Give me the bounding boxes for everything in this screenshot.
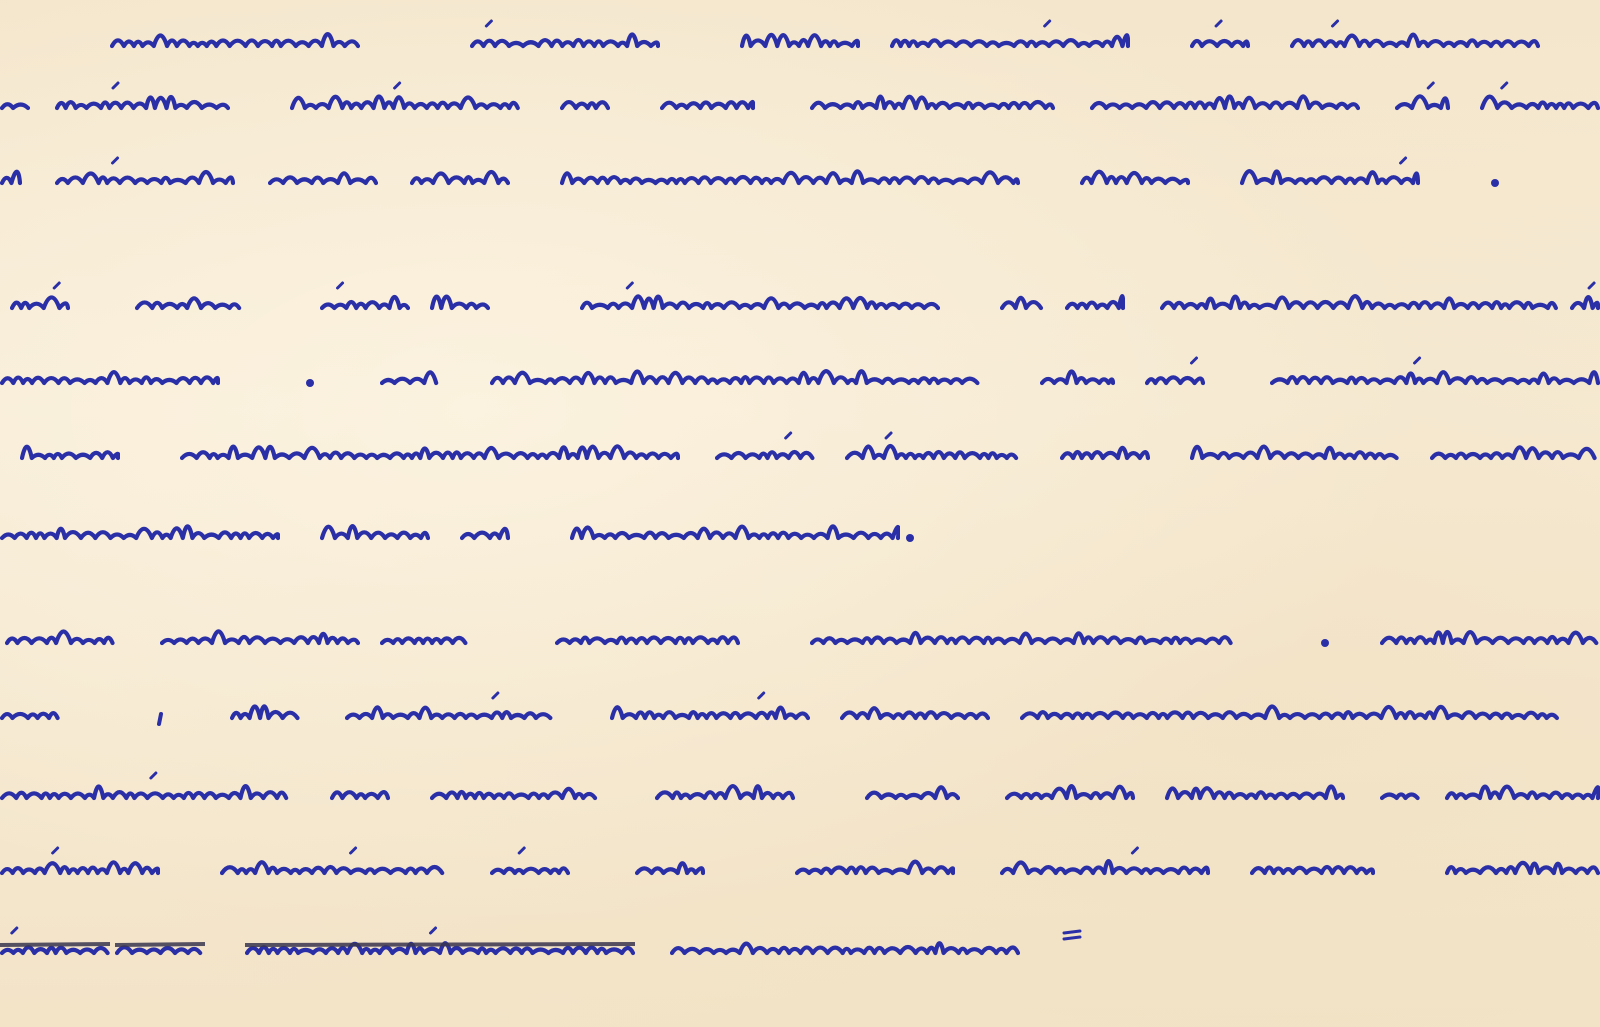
handwritten-word [1080,153,1190,193]
handwritten-word [10,278,70,318]
handwritten-word [380,353,440,393]
handwritten-word [55,153,235,193]
handwritten-word [1005,768,1135,808]
handwritten-word [1250,843,1375,883]
handwritten-word [20,428,120,468]
handwritten-word [610,688,810,728]
handwritten-word [810,613,1235,653]
handwritten-word [305,353,315,393]
handwritten-word [0,768,290,808]
handwritten-word [290,78,520,118]
handwritten-word [1445,843,1600,883]
handwritten-word [1480,78,1600,118]
handwritten-word [890,16,1130,56]
handwritten-word [55,78,230,118]
handwritten-word [795,843,955,883]
handwritten-word [380,613,470,653]
handwritten-word [460,508,510,548]
handwritten-word [740,16,860,56]
handwritten-word [715,428,815,468]
handwritten-word [1190,16,1250,56]
handwritten-word [1060,923,1085,963]
handwritten-word [635,843,705,883]
handwritten-word [1240,153,1420,193]
handwritten-word [490,843,570,883]
handwritten-word [330,768,390,808]
handwritten-word [320,278,410,318]
handwritten-word [345,688,555,728]
handwritten-word [0,508,280,548]
handwritten-word [430,278,490,318]
handwritten-word [5,613,115,653]
handwritten-word [1190,428,1400,468]
handwritten-word [0,688,60,728]
handwritten-word [470,16,660,56]
handwritten-word [180,428,680,468]
handwritten-word [1290,16,1540,56]
handwritten-word [1020,688,1560,728]
handwritten-word [660,78,755,118]
handwritten-word [230,688,300,728]
handwritten-word [840,688,990,728]
handwritten-word [110,16,360,56]
handwritten-word [580,278,940,318]
handwritten-word [115,923,205,963]
handwritten-word [670,923,1020,963]
handwritten-word [905,508,915,548]
handwritten-word [1040,353,1115,393]
handwritten-word [155,688,170,728]
handwritten-word [220,843,445,883]
handwritten-word [1570,278,1600,318]
handwritten-word [1380,613,1600,653]
handwritten-word [1490,153,1500,193]
handwritten-word [0,843,160,883]
handwritten-word [1060,428,1150,468]
handwritten-word [320,508,430,548]
handwritten-word [1145,353,1205,393]
handwritten-word [410,153,510,193]
handwritten-word [160,613,360,653]
handwritten-word [1380,768,1420,808]
handwritten-word [1395,78,1450,118]
handwritten-word [0,78,30,118]
handwritten-word [490,353,980,393]
handwritten-word [1000,843,1210,883]
handwritten-word [0,353,220,393]
handwritten-word [135,278,245,318]
handwritten-word [245,923,635,963]
handwritten-word [655,768,795,808]
handwritten-word [268,153,378,193]
handwritten-word [560,78,610,118]
handwritten-word [1090,78,1360,118]
handwritten-word [810,78,1055,118]
handwritten-word [845,428,1020,468]
handwritten-word [865,768,960,808]
handwritten-word [1430,428,1600,468]
handwritten-word [1320,613,1330,653]
handwritten-word [1065,278,1125,318]
handwritten-word [560,153,1020,193]
handwritten-word [1270,353,1600,393]
handwritten-word [430,768,600,808]
handwritten-word [0,153,22,193]
handwritten-word [555,613,740,653]
handwritten-word [0,923,110,963]
handwritten-word [1165,768,1345,808]
handwritten-word [1445,768,1600,808]
handwritten-word [1160,278,1560,318]
handwritten-word [1000,278,1045,318]
handwritten-word [570,508,900,548]
